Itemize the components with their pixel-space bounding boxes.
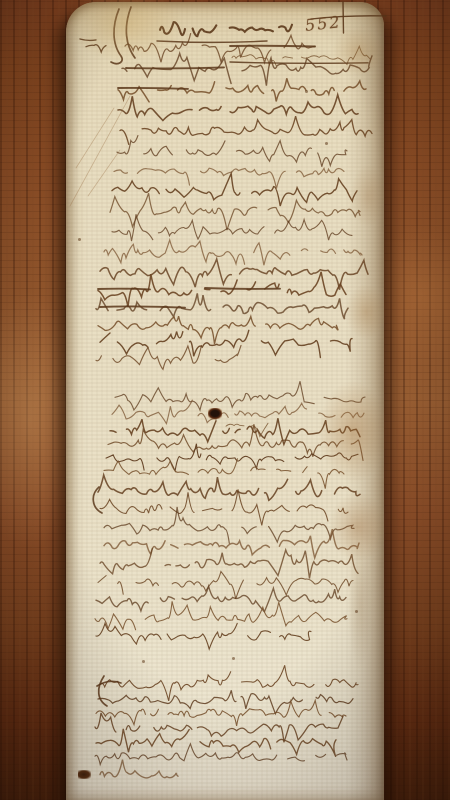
folio-number: 552 — [304, 12, 342, 35]
manuscript-sheet — [66, 2, 384, 800]
manuscript-photo-stage: 552 — [0, 0, 450, 800]
